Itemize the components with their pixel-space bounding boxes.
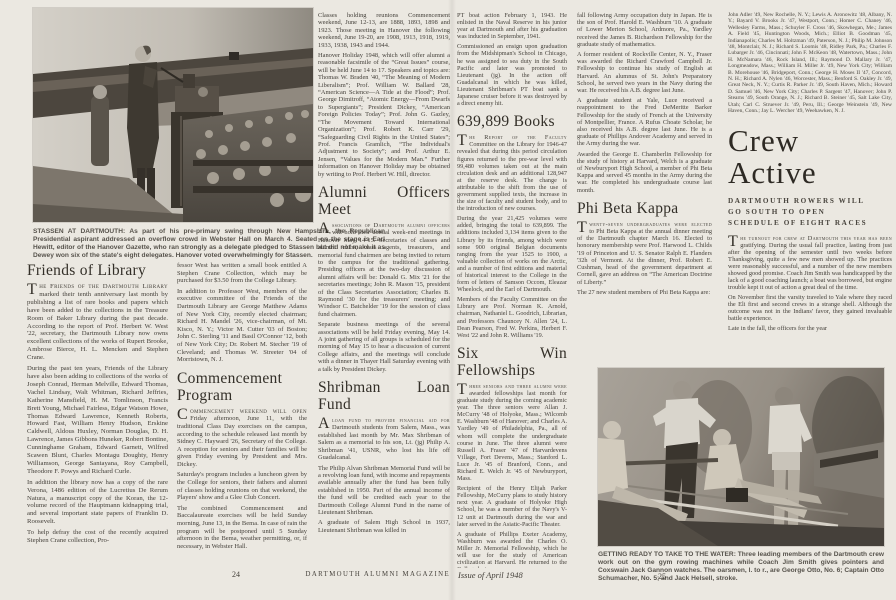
paragraph: Three seniors and three alumni were awar… — [457, 383, 567, 482]
phi-beta-kappa-heading: Phi Beta Kappa — [577, 200, 712, 217]
paragraph: In addition the library now has a copy o… — [27, 479, 168, 526]
paragraph: The Report of the Faculty Committee on t… — [457, 134, 567, 212]
paragraph: The Philip Alvan Shribman Memorial Fund … — [318, 465, 450, 517]
paragraph: A former resident of Rockville Center, N… — [577, 51, 712, 94]
column-4: PT boat action February 1, 1943. He enli… — [457, 12, 567, 568]
column-2: fessor West has written a small book ent… — [177, 262, 307, 568]
page-24: STASSEN AT DARTMOUTH: As part of his pre… — [0, 0, 452, 600]
paragraph: fessor West has written a small book ent… — [177, 262, 307, 285]
paragraph: Late in the fall, the officers for the y… — [728, 325, 892, 332]
paragraph: To help defray the cost of the recently … — [27, 529, 168, 545]
friends-of-library-heading: Friends of Library — [27, 262, 168, 279]
page-number-24: 24 — [226, 570, 246, 579]
commencement-program-heading: Commencement Program — [177, 370, 307, 404]
paragraph: The 27 new student members of Phi Beta K… — [577, 289, 712, 296]
paragraph: Commissioned an ensign upon graduation f… — [457, 43, 567, 107]
magazine-spread: { "page24": { "stassen_caption": "STASSE… — [0, 0, 896, 600]
paragraph: A graduate of Salem High School in 1937,… — [318, 519, 450, 534]
phi-beta-kappa-members-list: John Adler '49, New Rochelle, N. Y.; Lew… — [728, 12, 892, 115]
page-25: PT boat action February 1, 1943. He enli… — [452, 0, 896, 600]
paragraph: Twenty-seven undergraduates were elected… — [577, 221, 712, 286]
paragraph: Saturday's program includes a luncheon g… — [177, 471, 307, 501]
paragraph: During the year 21,425 volumes were adde… — [457, 215, 567, 293]
stassen-photo-image — [33, 8, 313, 222]
paragraph: Recipient of the Henry Elijah Parker Fel… — [457, 485, 567, 528]
stassen-photo — [33, 8, 313, 222]
crew-active-subhead: DARTMOUTH ROWERS WILL GO SOUTH TO OPEN S… — [728, 196, 878, 229]
books-heading: 639,899 Books — [457, 113, 567, 130]
paragraph: Members of the Faculty Committee on the … — [457, 296, 567, 339]
paragraph: Hanover Holiday 1948, which will offer a… — [318, 52, 450, 178]
paragraph: Awarded the George E. Chamberlin Fellows… — [577, 151, 712, 194]
paragraph: The Friends of the Dartmouth Library mar… — [27, 283, 168, 362]
paragraph: The turnout for crew at Dartmouth this y… — [728, 235, 892, 291]
paragraph: On November first the varsity traveled t… — [728, 294, 892, 322]
paragraph: PT boat action February 1, 1943. He enli… — [457, 12, 567, 40]
crew-photo-caption: GETTING READY TO TAKE TO THE WATER: Thre… — [598, 551, 884, 583]
paragraph: A loan fund to provide financial aid for… — [318, 417, 450, 461]
paragraph: Commencement weekend will open Friday af… — [177, 408, 307, 469]
shribman-loan-fund-heading: Shribman Loan Fund — [318, 379, 450, 413]
issue-footer: Issue of April 1948 — [458, 570, 598, 580]
paragraph: A graduate of Phillips Exeter Academy, W… — [457, 531, 567, 568]
paragraph: The combined Commencement and Baccalaure… — [177, 505, 307, 551]
paragraph: fall following Army occupation duty in J… — [577, 12, 712, 48]
column-3: Classes holding reunions Commencement we… — [318, 12, 450, 568]
paragraph: In addition to Professor West, members o… — [177, 288, 307, 364]
alumni-officers-meet-heading: Alumni Officers Meet — [318, 184, 450, 218]
crew-photo — [598, 368, 884, 546]
paragraph: Separate business meetings of the severa… — [318, 321, 450, 373]
crew-photo-image — [598, 368, 884, 546]
magazine-title-footer: DARTMOUTH ALUMNI MAGAZINE — [290, 571, 450, 578]
page-number-25: 25 — [652, 572, 672, 581]
column-6: John Adler '49, New Rochelle, N. Y.; Lew… — [728, 12, 892, 364]
crew-active-heading: Crew Active — [728, 125, 892, 189]
paragraph: Associations of Dartmouth alumni officer… — [318, 222, 450, 318]
paragraph: Classes holding reunions Commencement we… — [318, 12, 450, 49]
six-win-fellowships-heading: Six Win Fellowships — [457, 345, 567, 379]
article-friends-of-library: Friends of Library The Friends of the Da… — [27, 262, 168, 568]
paragraph: A graduate student at Yale, Luce receive… — [577, 97, 712, 147]
paragraph: During the past ten years, Friends of th… — [27, 365, 168, 476]
column-5: fall following Army occupation duty in J… — [577, 12, 712, 358]
